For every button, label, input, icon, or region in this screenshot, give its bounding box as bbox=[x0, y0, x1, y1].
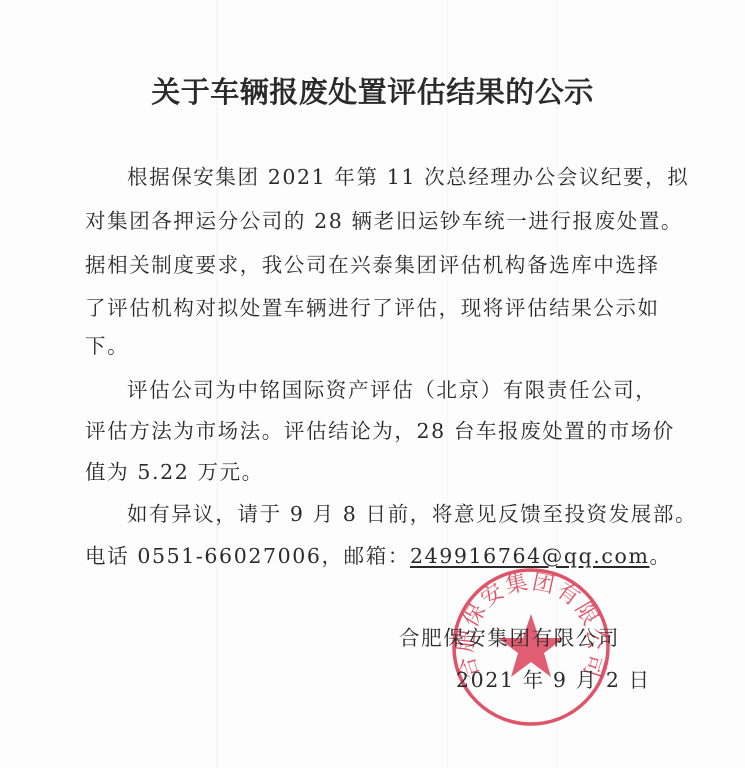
paragraph-1-line-3: 据相关制度要求，我公司在兴泰集团评估机构备选库中选择 bbox=[85, 248, 660, 278]
paragraph-2-line-3: 值为 5.22 万元。 bbox=[85, 455, 264, 485]
signature-company: 合肥保安集团有限公司 bbox=[399, 621, 620, 651]
paragraph-1-line-4: 了评估机构对拟处置车辆进行了评估，现将评估结果公示如 bbox=[85, 291, 660, 321]
paragraph-2-line-2: 评估方法为市场法。评估结论为，28 台车报废处置的市场价 bbox=[85, 414, 675, 444]
paragraph-1-line-5: 下。 bbox=[85, 329, 129, 359]
paragraph-1-line-1: 根据保安集团 2021 年第 11 次总经理办公会议纪要，拟 bbox=[127, 160, 689, 190]
document-page: 关于车辆报废处置评估结果的公示 根据保安集团 2021 年第 11 次总经理办公… bbox=[0, 0, 745, 768]
document-title: 关于车辆报废处置评估结果的公示 bbox=[0, 70, 745, 111]
signature-date: 2021 年 9 月 2 日 bbox=[456, 663, 651, 693]
contact-line: 电话 0551-66027006，邮箱：249916764@qq.com。 bbox=[85, 539, 672, 569]
contact-prefix: 电话 0551-66027006，邮箱： bbox=[85, 544, 410, 568]
contact-suffix: 。 bbox=[649, 544, 671, 568]
paragraph-2-line-1: 评估公司为中铭国际资产评估（北京）有限责任公司， bbox=[127, 373, 657, 403]
paragraph-3-line-1: 如有异议，请于 9 月 8 日前，将意见反馈至投资发展部。 bbox=[127, 497, 697, 527]
paragraph-1-line-2: 对集团各押运分公司的 28 辆老旧运钞车统一进行报废处置。 bbox=[85, 204, 683, 234]
email-link[interactable]: 249916764@qq.com bbox=[410, 544, 650, 568]
